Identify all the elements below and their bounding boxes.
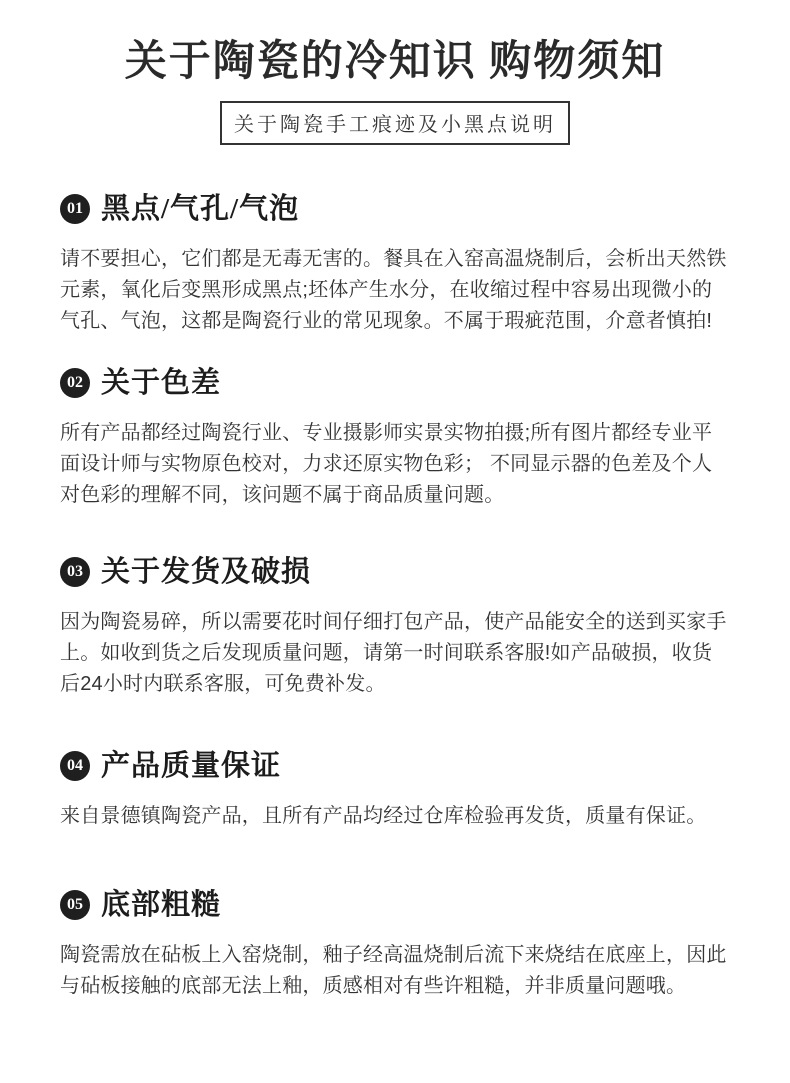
section-title: 关于色差 [101,365,221,401]
section-number-badge: 05 [60,890,90,920]
section-heading: 02 关于色差 [60,365,730,401]
section-color-difference: 02 关于色差 所有产品都经过陶瓷行业、专业摄影师实景实物拍摄;所有图片都经专业… [60,365,730,511]
section-body-text: 所有产品都经过陶瓷行业、专业摄影师实景实物拍摄;所有图片都经专业平面设计师与实物… [60,418,730,511]
section-title: 关于发货及破损 [101,554,311,590]
section-body-text: 陶瓷需放在砧板上入窑烧制，釉子经高温烧制后流下来烧结在底座上，因此与砧板接触的底… [60,940,730,1002]
section-heading: 01 黑点/气孔/气泡 [60,191,730,227]
section-rough-bottom: 05 底部粗糙 陶瓷需放在砧板上入窑烧制，釉子经高温烧制后流下来烧结在底座上，因… [60,887,730,1002]
section-heading: 05 底部粗糙 [60,887,730,923]
section-number-badge: 02 [60,368,90,398]
section-number-badge: 04 [60,751,90,781]
section-heading: 04 产品质量保证 [60,748,730,784]
section-quality-guarantee: 04 产品质量保证 来自景德镇陶瓷产品，且所有产品均经过仓库检验再发货，质量有保… [60,748,730,832]
page-title: 关于陶瓷的冷知识 购物须知 [60,36,730,88]
subtitle-row: 关于陶瓷手工痕迹及小黑点说明 [60,101,730,145]
section-body-text: 来自景德镇陶瓷产品，且所有产品均经过仓库检验再发货，质量有保证。 [60,801,730,832]
section-black-dots: 01 黑点/气孔/气泡 请不要担心，它们都是无毒无害的。餐具在入窑高温烧制后，会… [60,191,730,337]
section-title: 产品质量保证 [101,748,281,784]
section-shipping-damage: 03 关于发货及破损 因为陶瓷易碎，所以需要花时间仔细打包产品，使产品能安全的送… [60,554,730,700]
section-number-badge: 01 [60,194,90,224]
section-heading: 03 关于发货及破损 [60,554,730,590]
subtitle-box: 关于陶瓷手工痕迹及小黑点说明 [220,101,570,145]
section-title: 底部粗糙 [101,887,221,923]
section-number-badge: 03 [60,557,90,587]
section-title: 黑点/气孔/气泡 [101,191,299,227]
ceramic-shopping-notice-page: 关于陶瓷的冷知识 购物须知 关于陶瓷手工痕迹及小黑点说明 01 黑点/气孔/气泡… [0,0,790,1083]
section-body-text: 请不要担心，它们都是无毒无害的。餐具在入窑高温烧制后，会析出天然铁元素，氧化后变… [60,244,730,337]
section-body-text: 因为陶瓷易碎，所以需要花时间仔细打包产品，使产品能安全的送到买家手上。如收到货之… [60,607,730,700]
